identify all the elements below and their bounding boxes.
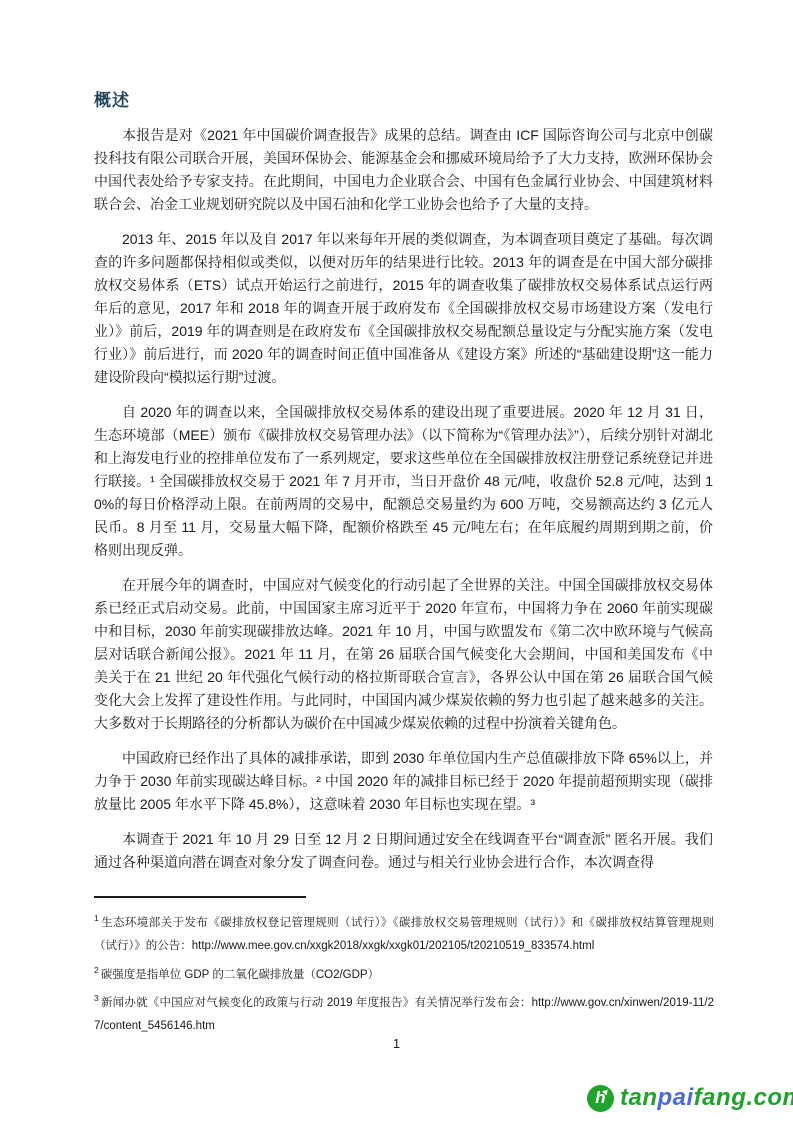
paragraph-5: 中国政府已经作出了具体的减排承诺，即到 2030 年单位国内生产总值碳排放下降 …	[94, 747, 713, 816]
logo-icon-letter: h	[595, 1088, 605, 1108]
tanpaifang-logo-icon: h	[587, 1085, 614, 1112]
logo-text-pai: pai	[658, 1084, 694, 1111]
page-content: 概述 本报告是对《2021 年中国碳价调查报告》成果的总结。调查由 ICF 国际…	[94, 86, 713, 886]
tanpaifang-logo[interactable]: h tanpaifang.com	[587, 1083, 793, 1113]
paragraph-6: 本调查于 2021 年 10 月 29 日至 12 月 2 日期间通过安全在线调…	[94, 828, 713, 874]
footnote-1-marker: 1	[94, 913, 99, 923]
footnote-1-text: 生态环境部关于发布《碳排放权登记管理规则（试行）》《碳排放权交易管理规则（试行）…	[94, 917, 714, 953]
paragraph-3: 自 2020 年的调查以来，全国碳排放权交易体系的建设出现了重要进展。2020 …	[94, 401, 713, 562]
footnote-2: 2碳强度是指单位 GDP 的二氧化碳排放量（CO2/GDP）	[94, 959, 714, 987]
logo-text-fang: fang.com	[694, 1084, 793, 1111]
tanpaifang-logo-text: tanpaifang.com	[620, 1083, 793, 1113]
page-number: 1	[0, 1036, 793, 1051]
footnote-3-marker: 3	[94, 993, 99, 1003]
footnote-3: 3新闻办就《中国应对气候变化的政策与行动 2019 年度报告》有关情况举行发布会…	[94, 987, 714, 1039]
section-heading: 概述	[94, 86, 713, 111]
paragraph-2: 2013 年、2015 年以及自 2017 年以来每年开展的类似调查，为本调查项…	[94, 228, 713, 389]
footnote-3-text: 新闻办就《中国应对气候变化的政策与行动 2019 年度报告》有关情况举行发布会：…	[94, 997, 714, 1033]
footnote-2-text: 碳强度是指单位 GDP 的二氧化碳排放量（CO2/GDP）	[101, 969, 379, 981]
footnotes-section: 1生态环境部关于发布《碳排放权登记管理规则（试行）》《碳排放权交易管理规则（试行…	[94, 896, 714, 1039]
footnote-2-marker: 2	[94, 965, 99, 975]
paragraph-1: 本报告是对《2021 年中国碳价调查报告》成果的总结。调查由 ICF 国际咨询公…	[94, 124, 713, 216]
footnote-divider	[94, 896, 306, 898]
paragraph-4: 在开展今年的调查时，中国应对气候变化的行动引起了全世界的关注。中国全国碳排放权交…	[94, 574, 713, 735]
logo-text-tan: tan	[620, 1084, 658, 1111]
footnote-1: 1生态环境部关于发布《碳排放权登记管理规则（试行）》《碳排放权交易管理规则（试行…	[94, 907, 714, 959]
